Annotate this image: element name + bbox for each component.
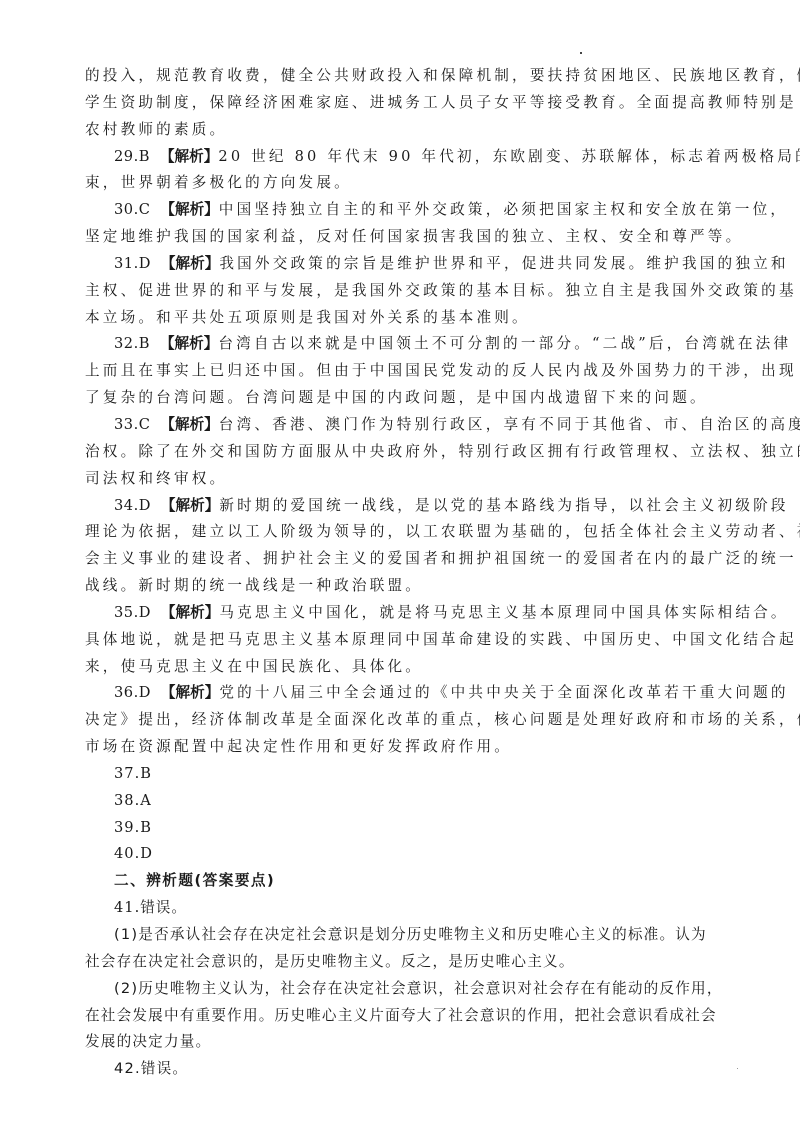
paragraph-line: 社会存在决定社会意识的，是历史唯物主义。反之，是历史唯心主义。 xyxy=(85,949,737,976)
answer-item-40: 40.D xyxy=(85,841,737,868)
answer-item-37: 37.B xyxy=(85,761,737,788)
paragraph-line: 学生资助制度，保障经济困难家庭、进城务工人员子女平等接受教育。全面提高教师特别是 xyxy=(85,90,737,117)
answer-item-30: 30.C【解析】中国坚持独立自主的和平外交政策，必须把国家主权和安全放在第一位， xyxy=(85,197,737,224)
paragraph-line: 了复杂的台湾问题。台湾问题是中国的内政问题，是中国内战遗留下来的问题。 xyxy=(85,385,737,412)
answer-item-41: 41.错误。 xyxy=(85,895,737,922)
answer-item-39: 39.B xyxy=(85,815,737,842)
answer-item-35: 35.D【解析】马克思主义中国化，就是将马克思主义基本原理同中国具体实际相结合。 xyxy=(85,600,737,627)
scan-speck xyxy=(737,1068,738,1069)
answer-item-36: 36.D【解析】党的十八届三中全会通过的《中共中央关于全面深化改革若干重大问题的 xyxy=(85,680,737,707)
answer-item-33: 33.C【解析】台湾、香港、澳门作为特别行政区，享有不同于其他省、市、自治区的高… xyxy=(85,412,737,439)
paragraph-line: 会主义事业的建设者、拥护社会主义的爱国者和拥护祖国统一的爱国者在内的最广泛的统一 xyxy=(85,546,737,573)
paragraph-line: 主权、促进世界的和平与发展，是我国外交政策的基本目标。独立自主是我国外交政策的基 xyxy=(85,278,737,305)
analysis-tag: 【解析】 xyxy=(161,684,219,701)
answer-item-32: 32.B【解析】台湾自古以来就是中国领土不可分割的一部分。“二战”后，台湾就在法… xyxy=(85,331,737,358)
paragraph-line: 束，世界朝着多极化的方向发展。 xyxy=(85,170,737,197)
paragraph-line: 发展的决定力量。 xyxy=(85,1029,737,1056)
analysis-tag: 【解析】 xyxy=(161,255,219,272)
paragraph-line: 坚定地维护我国的国家利益，反对任何国家损害我国的独立、主权、安全和尊严等。 xyxy=(85,224,737,251)
paragraph-line: 决定》提出，经济体制改革是全面深化改革的重点，核心问题是处理好政府和市场的关系，… xyxy=(85,707,737,734)
answer-item-42: 42.错误。 xyxy=(85,1056,737,1083)
paragraph-line: 上而且在事实上已归还中国。但由于中国国民党发动的反人民内战及外国势力的干涉，出现 xyxy=(85,358,737,385)
paragraph-line: 司法权和终审权。 xyxy=(85,466,737,493)
question-number: 31.D xyxy=(114,255,151,272)
answer-text: 马克思主义中国化，就是将马克思主义基本原理同中国具体实际相结合。 xyxy=(219,604,788,621)
question-number: 33.C xyxy=(114,416,150,433)
answer-text: 我国外交政策的宗旨是维护世界和平，促进共同发展。维护我国的独立和 xyxy=(219,255,788,272)
paragraph-line: 市场在资源配置中起决定性作用和更好发挥政府作用。 xyxy=(85,734,737,761)
paragraph-line: 的投入，规范教育收费，健全公共财政投入和保障机制，要扶持贫困地区、民族地区教育，… xyxy=(85,63,737,90)
answer-item-34: 34.D【解析】新时期的爱国统一战线，是以党的基本路线为指导，以社会主义初级阶段 xyxy=(85,493,737,520)
paragraph-line: 理论为依据，建立以工人阶级为领导的，以工农联盟为基础的，包括全体社会主义劳动者、… xyxy=(85,519,737,546)
analysis-tag: 【解析】 xyxy=(160,416,218,433)
answer-text: 党的十八届三中全会通过的《中共中央关于全面深化改革若干重大问题的 xyxy=(219,684,788,701)
point-2-line: (2)历史唯物主义认为，社会存在决定社会意识，社会意识对社会存在有能动的反作用， xyxy=(85,976,737,1003)
analysis-tag: 【解析】 xyxy=(161,497,219,514)
answer-item-29: 29.B【解析】20 世纪 80 年代末 90 年代初，东欧剧变、苏联解体，标志… xyxy=(85,144,737,171)
answer-item-31: 31.D【解析】我国外交政策的宗旨是维护世界和平，促进共同发展。维护我国的独立和 xyxy=(85,251,737,278)
question-number: 35.D xyxy=(114,604,151,621)
paragraph-line: 在社会发展中有重要作用。历史唯心主义片面夸大了社会意识的作用，把社会意识看成社会 xyxy=(85,1003,737,1030)
question-number: 34.D xyxy=(114,497,151,514)
answer-text: 新时期的爱国统一战线，是以党的基本路线为指导，以社会主义初级阶段 xyxy=(219,497,788,514)
analysis-tag: 【解析】 xyxy=(160,148,218,165)
paragraph-line: 来，使马克思主义在中国民族化、具体化。 xyxy=(85,654,737,681)
analysis-tag: 【解析】 xyxy=(160,335,218,352)
question-number: 30.C xyxy=(114,201,150,218)
analysis-tag: 【解析】 xyxy=(161,604,219,621)
question-number: 32.B xyxy=(114,335,150,352)
paragraph-line: 治权。除了在外交和国防方面服从中央政府外，特别行政区拥有行政管理权、立法权、独立… xyxy=(85,439,737,466)
paragraph-line: 具体地说，就是把马克思主义基本原理同中国革命建设的实践、中国历史、中国文化结合起 xyxy=(85,627,737,654)
analysis-tag: 【解析】 xyxy=(160,201,218,218)
paragraph-line: 战线。新时期的统一战线是一种政治联盟。 xyxy=(85,573,737,600)
point-1-line: (1)是否承认社会存在决定社会意识是划分历史唯物主义和历史唯心主义的标准。认为 xyxy=(85,922,737,949)
paragraph-line: 本立场。和平共处五项原则是我国对外关系的基本准则。 xyxy=(85,305,737,332)
section-heading: 二、辨析题(答案要点) xyxy=(85,868,737,895)
scan-speck xyxy=(580,52,582,54)
answer-text: 20 世纪 80 年代末 90 年代初，东欧剧变、苏联解体，标志着两极格局的结 xyxy=(218,148,800,165)
answer-text: 中国坚持独立自主的和平外交政策，必须把国家主权和安全放在第一位， xyxy=(219,201,788,218)
question-number: 36.D xyxy=(114,684,151,701)
question-number: 29.B xyxy=(114,148,150,165)
answer-text: 台湾、香港、澳门作为特别行政区，享有不同于其他省、市、自治区的高度自 xyxy=(219,416,800,433)
answer-key-page: 的投入，规范教育收费，健全公共财政投入和保障机制，要扶持贫困地区、民族地区教育，… xyxy=(85,63,737,1083)
answer-item-38: 38.A xyxy=(85,788,737,815)
answer-text: 台湾自古以来就是中国领土不可分割的一部分。“二战”后，台湾就在法律 xyxy=(218,335,791,352)
paragraph-line: 农村教师的素质。 xyxy=(85,117,737,144)
